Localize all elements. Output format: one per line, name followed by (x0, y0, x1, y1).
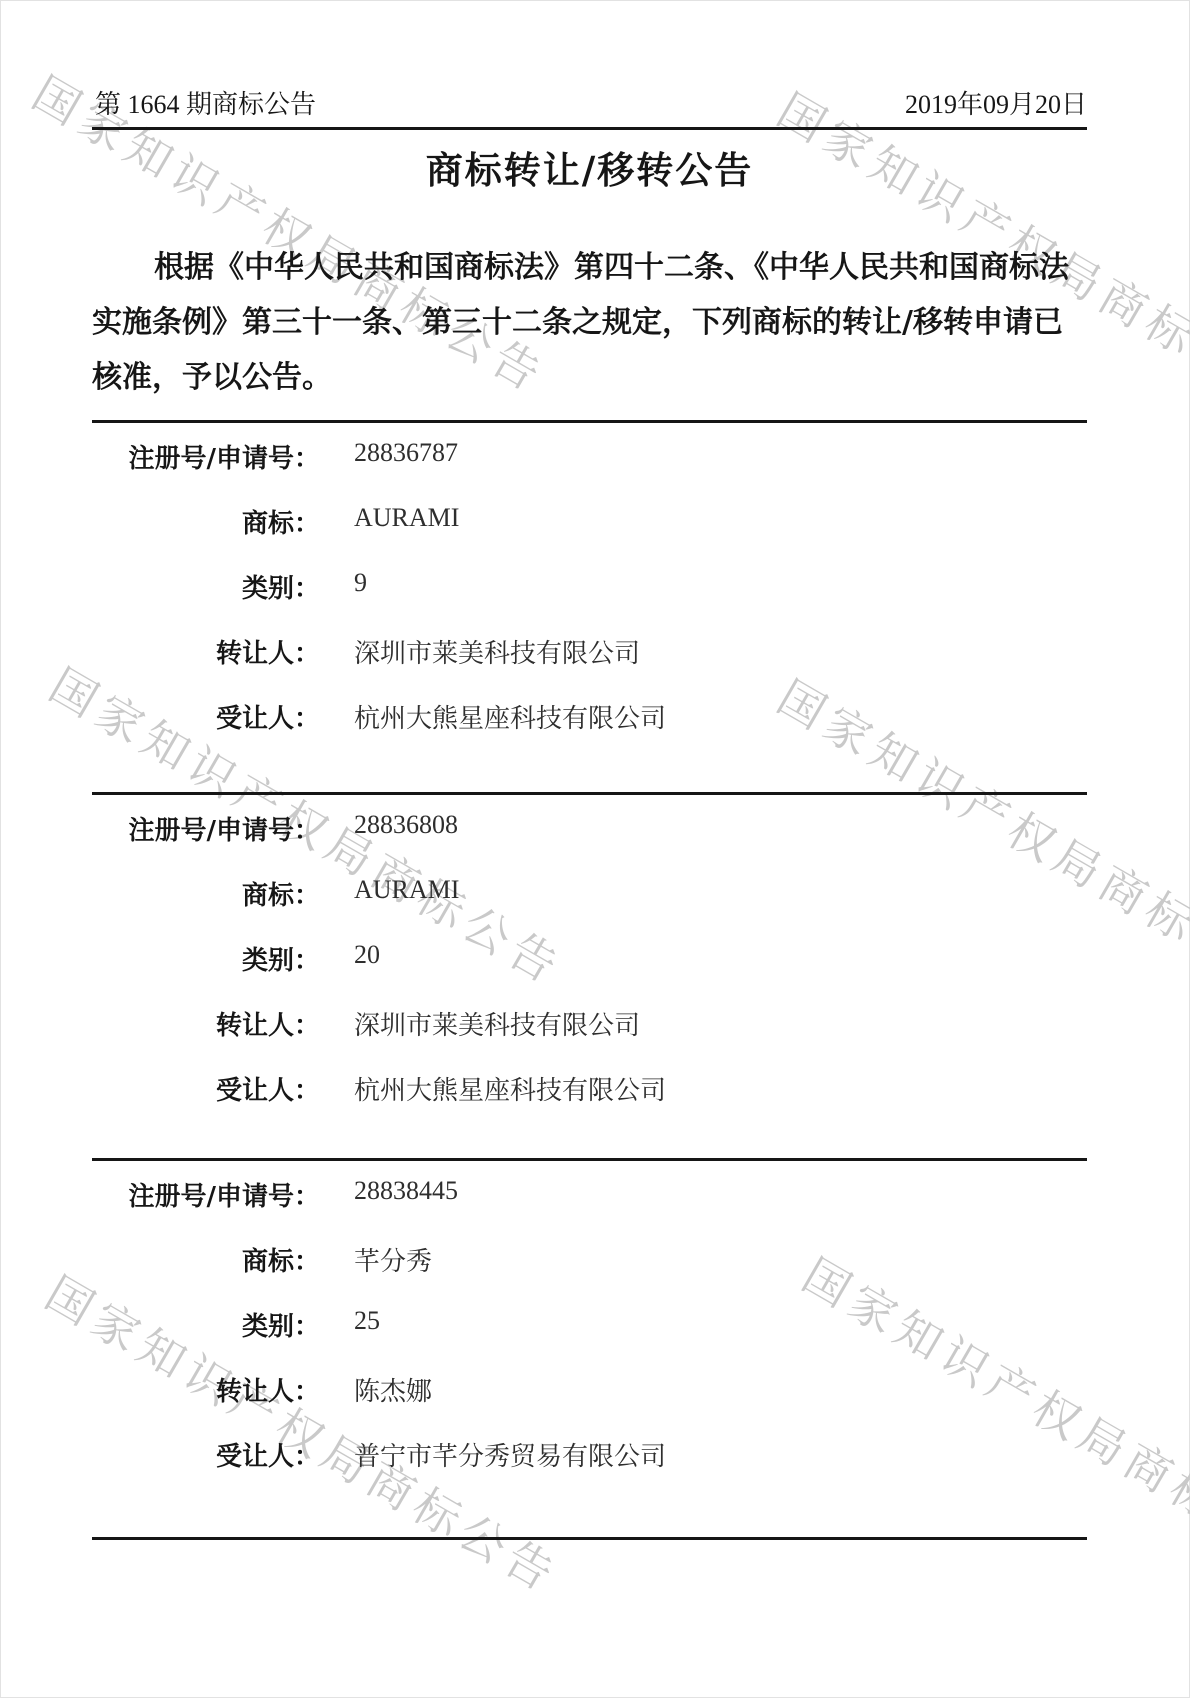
assignee-row: 受让人： 杭州大熊星座科技有限公司 (92, 698, 1087, 763)
intro-line: 核准，予以公告。 (92, 350, 1089, 405)
trademark-value: AURAMI (354, 875, 459, 905)
trademark-label: 商标： (92, 875, 320, 912)
reg-no-row: 注册号/申请号： 28838445 (92, 1176, 1087, 1241)
page-content: 第 1664 期商标公告 2019年09月20日 商标转让/移转公告 根据《中华… (0, 0, 1190, 1698)
footer-divider (92, 1537, 1087, 1540)
gazette-page: 国家知识产权局商标公告 国家知识产权局商标公告 国家知识产权局商标公告 国家知识… (0, 0, 1190, 1698)
assignee-label: 受让人： (92, 1070, 320, 1107)
trademark-label: 商标： (92, 1241, 320, 1278)
trademark-label: 商标： (92, 503, 320, 540)
category-label: 类别： (92, 1306, 320, 1343)
assignor-label: 转让人： (92, 1371, 320, 1408)
assignee-label: 受让人： (92, 1436, 320, 1473)
reg-no-value: 28836787 (354, 438, 458, 468)
reg-no-row: 注册号/申请号： 28836787 (92, 438, 1087, 503)
category-value: 20 (354, 940, 380, 970)
category-value: 25 (354, 1306, 380, 1336)
trademark-row: 商标： AURAMI (92, 503, 1087, 568)
header-divider (92, 127, 1087, 130)
assignee-value: 杭州大熊星座科技有限公司 (354, 698, 666, 735)
assignor-row: 转让人： 陈杰娜 (92, 1371, 1087, 1436)
assignor-label: 转让人： (92, 633, 320, 670)
intro-paragraph: 根据《中华人民共和国商标法》第四十二条、《中华人民共和国商标法 实施条例》第三十… (92, 240, 1089, 405)
assignee-row: 受让人： 普宁市芊分秀贸易有限公司 (92, 1436, 1087, 1501)
intro-line: 根据《中华人民共和国商标法》第四十二条、《中华人民共和国商标法 (92, 240, 1089, 295)
trademark-row: 商标： 芊分秀 (92, 1241, 1087, 1306)
page-title: 商标转让/移转公告 (92, 140, 1087, 194)
reg-no-value: 28836808 (354, 810, 458, 840)
reg-no-label: 注册号/申请号： (92, 438, 320, 475)
assignee-value: 普宁市芊分秀贸易有限公司 (354, 1436, 666, 1473)
trademark-record: 注册号/申请号： 28836787 商标： AURAMI 类别： 9 转让人： … (92, 420, 1087, 763)
category-label: 类别： (92, 568, 320, 605)
category-row: 类别： 9 (92, 568, 1087, 633)
category-row: 类别： 20 (92, 940, 1087, 1005)
reg-no-value: 28838445 (354, 1176, 458, 1206)
assignee-value: 杭州大熊星座科技有限公司 (354, 1070, 666, 1107)
trademark-record: 注册号/申请号： 28836808 商标： AURAMI 类别： 20 转让人：… (92, 792, 1087, 1135)
category-row: 类别： 25 (92, 1306, 1087, 1371)
assignor-value: 深圳市莱美科技有限公司 (354, 1005, 640, 1042)
assignor-value: 深圳市莱美科技有限公司 (354, 633, 640, 670)
category-label: 类别： (92, 940, 320, 977)
reg-no-row: 注册号/申请号： 28836808 (92, 810, 1087, 875)
assignor-row: 转让人： 深圳市莱美科技有限公司 (92, 1005, 1087, 1070)
trademark-record: 注册号/申请号： 28838445 商标： 芊分秀 类别： 25 转让人： 陈杰… (92, 1158, 1087, 1501)
category-value: 9 (354, 568, 367, 598)
assignor-value: 陈杰娜 (354, 1371, 432, 1408)
assignor-label: 转让人： (92, 1005, 320, 1042)
gazette-date: 2019年09月20日 (905, 84, 1087, 121)
assignee-row: 受让人： 杭州大熊星座科技有限公司 (92, 1070, 1087, 1135)
trademark-row: 商标： AURAMI (92, 875, 1087, 940)
assignee-label: 受让人： (92, 698, 320, 735)
gazette-issue-label: 第 1664 期商标公告 (95, 84, 316, 121)
assignor-row: 转让人： 深圳市莱美科技有限公司 (92, 633, 1087, 698)
reg-no-label: 注册号/申请号： (92, 1176, 320, 1213)
trademark-value: AURAMI (354, 503, 459, 533)
reg-no-label: 注册号/申请号： (92, 810, 320, 847)
intro-line: 实施条例》第三十一条、第三十二条之规定，下列商标的转让/移转申请已 (92, 295, 1089, 350)
trademark-value: 芊分秀 (354, 1241, 432, 1278)
